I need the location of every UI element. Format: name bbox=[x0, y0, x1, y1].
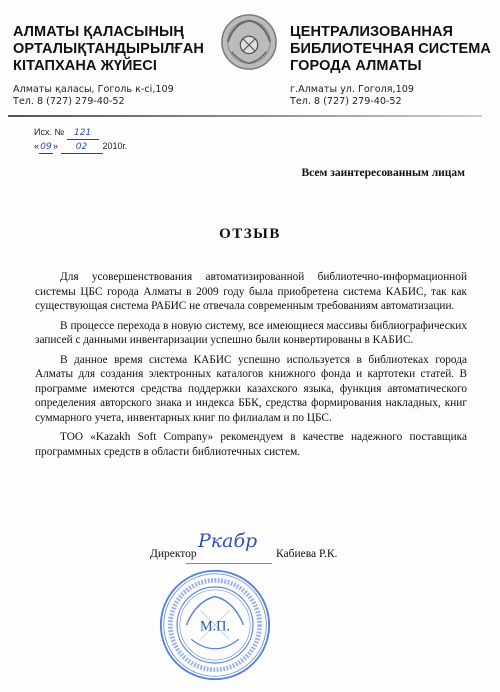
outgoing-reference: Исх. № 121 «09» 022010г. bbox=[34, 126, 127, 154]
paragraph: Для усовершенствования автоматизированно… bbox=[35, 270, 467, 314]
paragraph: В процессе перехода в новую систему, все… bbox=[35, 319, 467, 348]
org-line: ГОРОДА АЛМАТЫ bbox=[290, 58, 495, 75]
address-line: Алматы қаласы, Гоголь к-сі,109 bbox=[13, 84, 223, 96]
letter-body: Для усовершенствования автоматизированно… bbox=[35, 270, 467, 464]
org-address-russian: г.Алматы ул. Гоголя,109 Тел. 8 (727) 279… bbox=[290, 84, 495, 108]
date-year: 2010г. bbox=[103, 141, 128, 151]
official-stamp-icon: М.П. bbox=[158, 568, 272, 682]
letterhead-right: ЦЕНТРАЛИЗОВАННАЯ БИБЛИОТЕЧНАЯ СИСТЕМА ГО… bbox=[290, 24, 495, 108]
document-title: ОТЗЫВ bbox=[0, 226, 500, 243]
state-emblem-icon bbox=[220, 13, 278, 71]
org-name-russian: ЦЕНТРАЛИЗОВАННАЯ БИБЛИОТЕЧНАЯ СИСТЕМА ГО… bbox=[290, 24, 495, 75]
org-line: БИБЛИОТЕЧНАЯ СИСТЕМА bbox=[290, 41, 495, 58]
phone-line: Тел. 8 (727) 279-40-52 bbox=[290, 96, 495, 108]
letterhead-left: АЛМАТЫ ҚАЛАСЫНЫҢ ОРТАЛЫҚТАНДЫРЫЛҒАН КІТА… bbox=[13, 24, 223, 108]
org-name-kazakh: АЛМАТЫ ҚАЛАСЫНЫҢ ОРТАЛЫҚТАНДЫРЫЛҒАН КІТА… bbox=[13, 24, 223, 75]
stamp-mp-text: М.П. bbox=[200, 619, 230, 635]
signer-name: Кабиева Р.К. bbox=[276, 548, 337, 560]
date-day: 09 bbox=[39, 141, 53, 154]
out-number-label: Исх. № bbox=[34, 127, 64, 137]
header-divider bbox=[8, 115, 482, 117]
org-line: ЦЕНТРАЛИЗОВАННАЯ bbox=[290, 24, 495, 41]
address-line: г.Алматы ул. Гоголя,109 bbox=[290, 84, 495, 96]
out-number-value: 121 bbox=[67, 127, 99, 140]
paragraph: ТОО «Kazakh Soft Company» рекомендуем в … bbox=[35, 430, 467, 459]
org-line: КІТАПХАНА ЖҮЙЕСІ bbox=[13, 58, 223, 75]
phone-line: Тел. 8 (727) 279-40-52 bbox=[13, 96, 223, 108]
date-month: 02 bbox=[61, 141, 103, 154]
addressee: Всем заинтересованным лицам bbox=[302, 167, 466, 179]
paragraph: В данное время система КАБИС успешно исп… bbox=[35, 353, 467, 426]
org-address-kazakh: Алматы қаласы, Гоголь к-сі,109 Тел. 8 (7… bbox=[13, 84, 223, 108]
org-line: ОРТАЛЫҚТАНДЫРЫЛҒАН bbox=[13, 41, 223, 58]
handwritten-signature: Ркабр bbox=[198, 530, 257, 552]
org-line: АЛМАТЫ ҚАЛАСЫНЫҢ bbox=[13, 24, 223, 41]
